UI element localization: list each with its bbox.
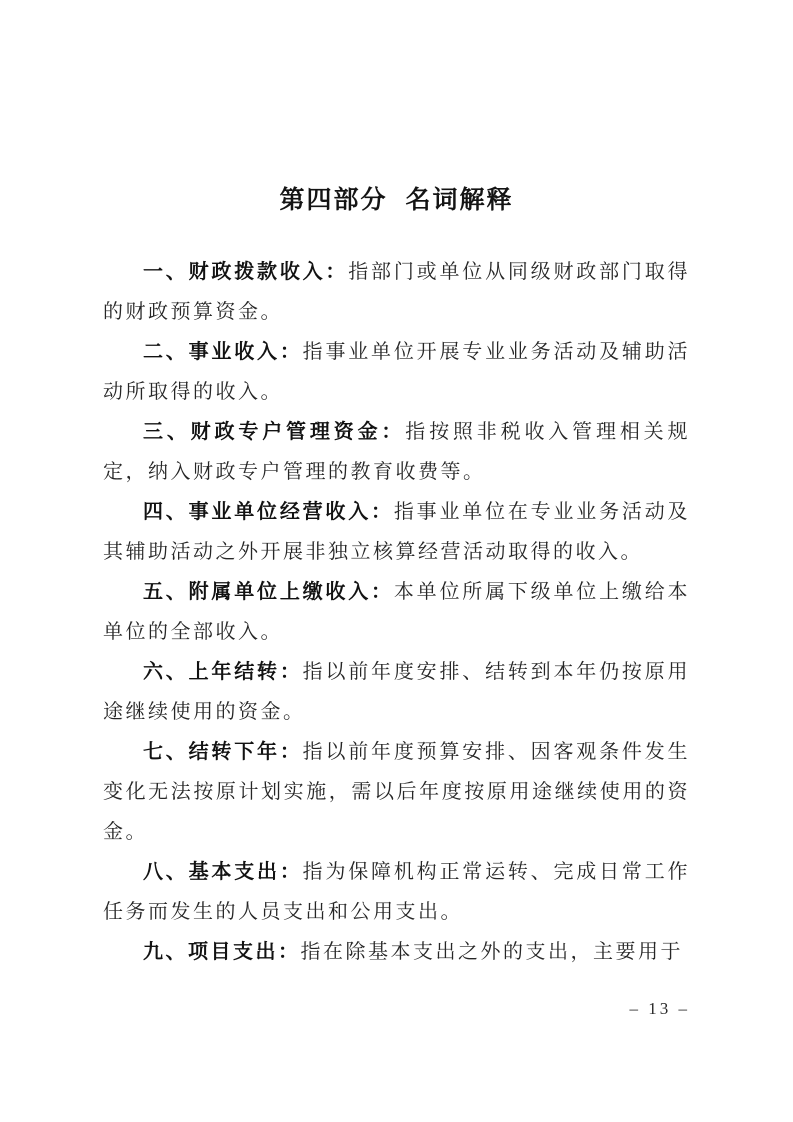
- glossary-entry-9: 九、项目支出：指在除基本支出之外的支出，主要用于: [103, 932, 690, 972]
- term-label: 八、基本支出：: [143, 861, 303, 883]
- term-label: 九、项目支出：: [143, 941, 301, 963]
- glossary-entry-5: 五、附属单位上缴收入：本单位所属下级单位上缴给本单位的全部收入。: [103, 572, 690, 652]
- glossary-entry-7: 七、结转下年：指以前年度预算安排、因客观条件发生变化无法按原计划实施，需以后年度…: [103, 732, 690, 852]
- glossary-entry-1: 一、财政拨款收入：指部门或单位从同级财政部门取得的财政预算资金。: [103, 252, 690, 332]
- glossary-entry-3: 三、财政专户管理资金：指按照非税收入管理相关规定，纳入财政专户管理的教育收费等。: [103, 412, 690, 492]
- glossary-entry-2: 二、事业收入：指事业单位开展专业业务活动及辅助活动所取得的收入。: [103, 332, 690, 412]
- term-label: 一、财政拨款收入：: [143, 261, 348, 283]
- document-page: 第四部分 名词解释 一、财政拨款收入：指部门或单位从同级财政部门取得的财政预算资…: [0, 0, 793, 1122]
- glossary-entry-4: 四、事业单位经营收入：指事业单位在专业业务活动及其辅助活动之外开展非独立核算经营…: [103, 492, 690, 572]
- glossary-entry-8: 八、基本支出：指为保障机构正常运转、完成日常工作任务而发生的人员支出和公用支出。: [103, 852, 690, 932]
- term-label: 七、结转下年：: [143, 741, 303, 763]
- term-label: 二、事业收入：: [143, 341, 303, 363]
- term-label: 五、附属单位上缴收入：: [143, 581, 394, 603]
- term-label: 四、事业单位经营收入：: [143, 501, 394, 523]
- glossary-body: 一、财政拨款收入：指部门或单位从同级财政部门取得的财政预算资金。 二、事业收入：…: [103, 252, 690, 972]
- term-definition: 指在除基本支出之外的支出，主要用于: [301, 941, 684, 963]
- page-number: – 13 –: [103, 999, 690, 1019]
- term-label: 六、上年结转：: [143, 661, 303, 683]
- page-number-text: – 13 –: [630, 999, 691, 1018]
- term-label: 三、财政专户管理资金：: [143, 421, 405, 443]
- glossary-entry-6: 六、上年结转：指以前年度安排、结转到本年仍按原用途继续使用的资金。: [103, 652, 690, 732]
- page-title: 第四部分 名词解释: [103, 184, 690, 216]
